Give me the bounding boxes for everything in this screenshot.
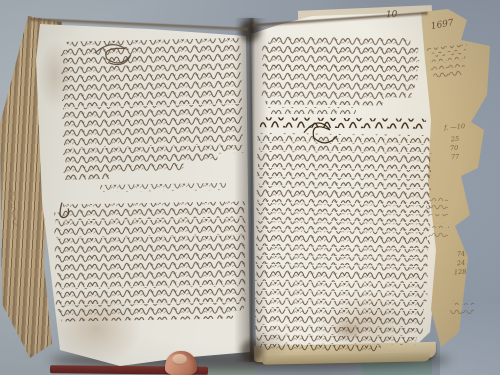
- margin-figure: 24: [457, 260, 466, 267]
- ledger-scribbles-lower: [450, 300, 474, 314]
- handwriting-right-coram-line: [268, 107, 356, 114]
- margin-figure: f. —10: [444, 123, 466, 131]
- handwriting-left-block-1: [61, 38, 244, 180]
- page-number: 10: [386, 11, 398, 21]
- margin-figure: 70: [450, 145, 459, 152]
- fingertip: [165, 351, 197, 375]
- handwriting-right-block-1: [262, 35, 420, 106]
- handwriting-overlay: [0, 0, 500, 375]
- margin-figure: 25: [451, 136, 460, 143]
- margin-figure: 74: [457, 251, 466, 258]
- ledger-scribbles-upper: [427, 44, 470, 78]
- photo-background: 10 1697 f. —10 25 70 77 74 24 128: [0, 0, 500, 375]
- fore-edge-marks: [9, 189, 17, 227]
- margin-figure: 128: [454, 268, 467, 276]
- handwriting-left-coram-line: [100, 183, 226, 192]
- margin-figure: 77: [451, 154, 460, 161]
- fingernail: [172, 354, 187, 365]
- handwriting-right-block-2: [254, 133, 431, 353]
- handwriting-left-block-2: [54, 199, 247, 321]
